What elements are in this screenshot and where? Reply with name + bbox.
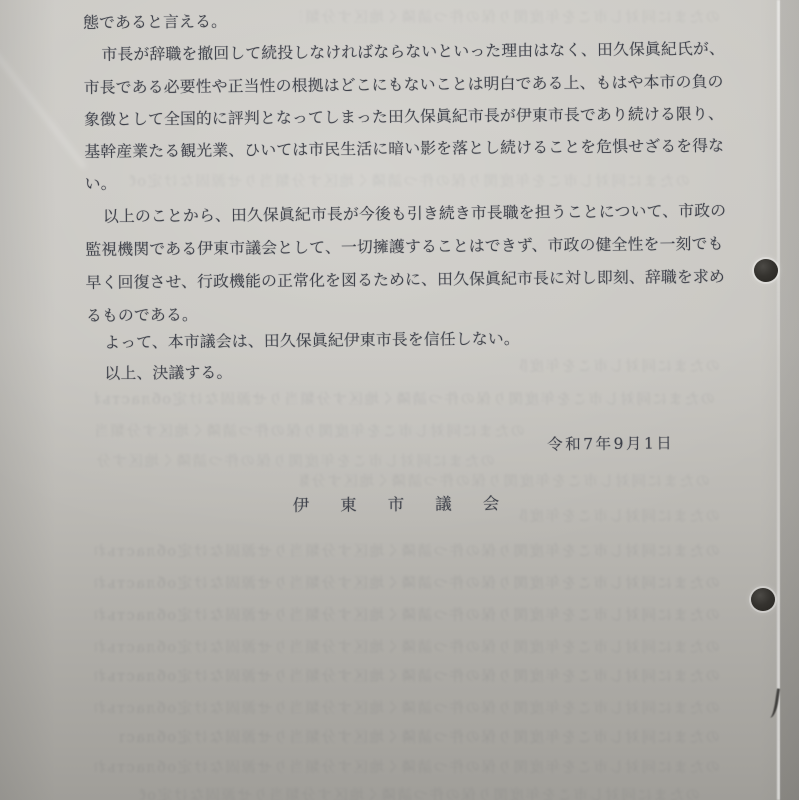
council-signature: 伊東市議会 bbox=[293, 490, 531, 516]
punch-hole-top bbox=[754, 259, 778, 282]
closing-statement: 以上、決議する。 bbox=[86, 360, 232, 384]
paragraph-1: 態であると言える。 市長が辞職を撤回して続投しなければならないといった理由はなく… bbox=[83, 1, 726, 201]
document-body: 態であると言える。 市長が辞職を撤回して続投しなければならないといった理由はなく… bbox=[0, 0, 799, 800]
paragraph-2: 以上のことから、田久保眞紀市長が今後も引き続き市長職を担うことについて、市政の … bbox=[85, 194, 727, 332]
document-line: 基幹産業たる観光業、ひいては市民生活に暗い影を落とし続けることを危惧せざるを得な bbox=[84, 130, 726, 168]
document-line: 早く回復させ、行政機能の正常化を図るために、田久保眞紀市長に対し即刻、辞職を求め bbox=[85, 260, 727, 299]
document-date: 令和7年9月1日 bbox=[547, 431, 674, 454]
page-edge-shadow bbox=[780, 0, 799, 800]
punch-hole-bottom bbox=[751, 588, 775, 611]
resolution-statement: よって、本市議会は、田久保眞紀伊東市長を信任しない。 bbox=[86, 326, 520, 353]
